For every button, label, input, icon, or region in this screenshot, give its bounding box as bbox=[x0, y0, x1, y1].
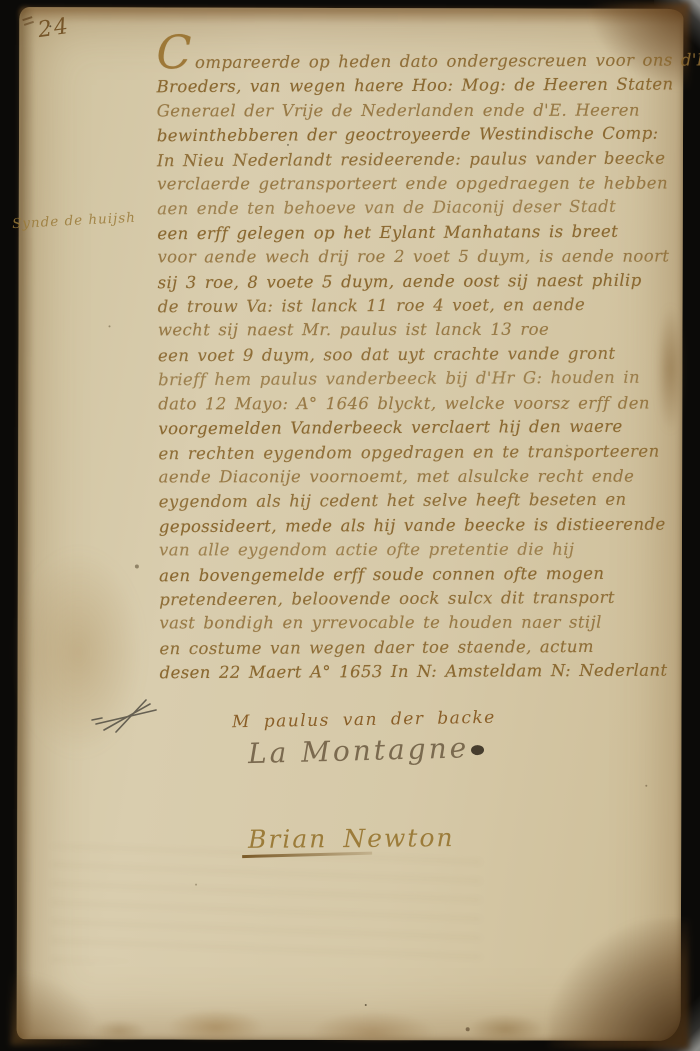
text-line: dato 12 Mayo: A° 1646 blyckt, welcke voo… bbox=[158, 391, 618, 416]
text-line: aen bovengemelde erff soude connen ofte … bbox=[159, 561, 619, 588]
text-line: eygendom als hij cedent het selve heeft … bbox=[159, 488, 619, 515]
stain-right-edge bbox=[656, 304, 684, 434]
text-line: bewinthebberen der geoctroyeerde Westind… bbox=[157, 122, 617, 149]
hash-mark bbox=[90, 694, 164, 742]
burn-corner-bottom-right bbox=[549, 919, 689, 1049]
text-line: Broeders, van wegen haere Hoo: Mog: de H… bbox=[156, 73, 616, 100]
text-line: wecht sij naest Mr. paulus ist lanck 13 … bbox=[158, 318, 618, 343]
text-line: brieff hem paulus vanderbeeck bij d'Hr G… bbox=[158, 366, 618, 393]
photograph-backdrop: 24 Synde de huijsh Compareerde op heden … bbox=[0, 0, 700, 1051]
manuscript-text-block: Compareerde op heden dato ondergescreuen… bbox=[156, 41, 619, 686]
burn-corner-bottom-left bbox=[11, 970, 106, 1045]
text-line: voor aende wech drij roe 2 voet 5 duym, … bbox=[157, 245, 617, 270]
text-line: In Nieu Nederlandt resideerende: paulus … bbox=[157, 146, 617, 173]
text-line: gepossideert, mede als hij vande beecke … bbox=[159, 513, 619, 540]
text-line: desen 22 Maert A° 1653 In N: Amsteldam N… bbox=[160, 659, 620, 686]
text-line: van alle eygendom actie ofte pretentie d… bbox=[159, 538, 619, 563]
text-line: Generael der Vrije de Nederlanden ende d… bbox=[157, 98, 617, 123]
text-line: aende Diaconije voornoemt, met alsulcke … bbox=[159, 465, 619, 490]
text-line: pretendeeren, beloovende oock sulcx dit … bbox=[159, 586, 619, 613]
text-line: vast bondigh en yrrevocable te houden na… bbox=[159, 611, 619, 636]
text-line: de trouw Va: ist lanck 11 roe 4 voet, en… bbox=[158, 293, 618, 320]
text-line: Compareerde op heden dato ondergescreuen… bbox=[156, 41, 616, 76]
stain-top-edge bbox=[19, 7, 683, 25]
text-line: voorgemelden Vanderbeeck verclaert hij d… bbox=[158, 415, 618, 442]
stain-bottom-edge bbox=[47, 969, 651, 1041]
signature-la-montagne: La Montagne bbox=[248, 731, 485, 770]
text-line: en costume van wegen daer toe staende, a… bbox=[159, 635, 619, 662]
stain-left-edge bbox=[17, 7, 36, 1039]
folio-number: 24 bbox=[36, 14, 71, 43]
text-line: sij 3 roe, 8 voete 5 duym, aende oost si… bbox=[158, 268, 618, 295]
signature-brian-newton-text: Brian Newton bbox=[248, 823, 455, 854]
text-line: een erff gelegen op het Eylant Manhatans… bbox=[157, 220, 617, 247]
text-line: en rechten eygendom opgedragen en te tra… bbox=[158, 439, 618, 466]
signature-brian-newton: Brian Newton bbox=[248, 823, 455, 854]
text-line: aen ende ten behoeve van de Diaconij des… bbox=[157, 195, 617, 222]
text-line: verclaerde getransporteert ende opgedrae… bbox=[157, 172, 617, 197]
text-line: een voet 9 duym, soo dat uyt crachte van… bbox=[158, 342, 618, 369]
ink-showthrough bbox=[51, 845, 481, 962]
